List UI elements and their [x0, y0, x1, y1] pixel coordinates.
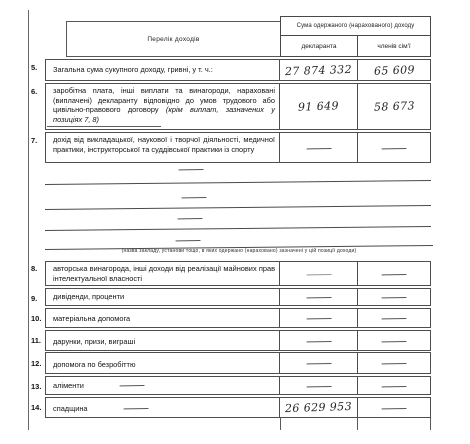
table-row-7: дохід від викладацької, наукової і творч… [45, 132, 431, 163]
row-label: заробітна плата, інші виплати та винагор… [46, 84, 280, 129]
family-value-cell: — [358, 331, 430, 350]
declarant-dash: — [304, 333, 333, 347]
header-sum-block: Сума одержаного (нарахованого) доходу де… [280, 16, 431, 57]
declarant-value: 27 874 332 [285, 62, 352, 77]
header-col-family: членів сім'ї [358, 36, 430, 56]
table-row-13: аліменти— — — [45, 376, 431, 395]
write-in-dash: — [177, 162, 206, 176]
row-label: Загальна сума сукупного доходу, гривні, … [46, 60, 280, 80]
family-value-cell: — [358, 377, 430, 394]
table-row-14: спадщина— 26 629 953 — [45, 397, 431, 418]
declarant-value: 26 629 953 [285, 400, 352, 415]
declaration-form-page: Перелік доходів Сума одержаного (нарахов… [0, 0, 470, 444]
table-row-6: заробітна плата, інші виплати та винагор… [45, 83, 431, 130]
family-dash: — [380, 333, 409, 347]
table-row-9: дивіденди, проценти — — [45, 288, 431, 306]
family-value-cell: — [358, 133, 430, 162]
declarant-dash: — [304, 266, 333, 280]
declarant-value-cell: 91 649 [280, 84, 358, 129]
row-label: авторська винагорода, інші доходи від ре… [46, 262, 280, 285]
family-dash: — [380, 356, 409, 370]
row-label-text: спадщина [53, 404, 88, 414]
page-margin-line [28, 10, 29, 430]
family-value-cell: — [358, 353, 430, 373]
declarant-value-cell: — [280, 133, 358, 162]
family-dash: — [380, 140, 409, 154]
table-row-5: Загальна сума сукупного доходу, гривні, … [45, 59, 431, 81]
declarant-value-cell: 27 874 332 [280, 60, 358, 80]
table-row-8: авторська винагорода, інші доходи від ре… [45, 261, 431, 286]
declarant-dash: — [304, 356, 333, 370]
write-in-dash: — [176, 211, 205, 225]
family-dash: — [380, 400, 409, 414]
declarant-dash: — [304, 140, 333, 154]
declarant-value-cell: — [280, 353, 358, 373]
row-label: аліменти— [46, 377, 280, 394]
declarant-value-cell: — [280, 377, 358, 394]
write-in-line [45, 226, 431, 231]
family-value-cell: — [358, 289, 430, 305]
declarant-dash: — [304, 378, 333, 392]
family-value-cell: 58 673 [358, 84, 430, 129]
row-label: дохід від викладацької, наукової і творч… [46, 133, 280, 162]
write-in-dash: — [180, 190, 209, 204]
declarant-value-cell: — [280, 331, 358, 350]
row-label: матеріальна допомога [46, 309, 280, 327]
family-value-cell: — [358, 398, 430, 417]
family-value-cell: — [358, 262, 430, 285]
write-in-line [45, 205, 431, 210]
row-label: дарунки, призи, виграші [46, 331, 280, 350]
header-sum-columns: декларанта членів сім'ї [281, 36, 430, 56]
row-label: спадщина— [46, 398, 280, 417]
table-row-12: допомога по безробіттю — — [45, 352, 431, 374]
column-line-stub [357, 418, 358, 430]
declarant-value: 91 649 [298, 99, 339, 113]
declarant-value-cell: — [280, 262, 358, 285]
family-value-cell: — [358, 309, 430, 327]
header-sum-title: Сума одержаного (нарахованого) доходу [281, 17, 430, 36]
family-dash: — [380, 266, 409, 280]
column-line-stub [280, 418, 281, 430]
row-label: допомога по безробіттю [46, 353, 280, 373]
declarant-value-cell: 26 629 953 [280, 398, 358, 417]
label-dash-mark: — [121, 404, 149, 414]
declarant-dash: — [304, 311, 333, 325]
family-dash: — [380, 290, 409, 304]
header-col-declarant: декларанта [281, 36, 358, 56]
position-7-note: (назва закладу, установи тощо, в яких од… [48, 248, 430, 254]
label-dash-mark: — [118, 381, 146, 391]
family-dash: — [380, 378, 409, 392]
declarant-value-cell: — [280, 289, 358, 305]
family-dash: — [380, 311, 409, 325]
table-row-11: дарунки, призи, виграші — — [45, 330, 431, 351]
family-value: 65 609 [373, 63, 414, 77]
header-income-list: Перелік доходів [66, 21, 281, 57]
declarant-dash: — [304, 290, 333, 304]
write-in-line [45, 180, 431, 185]
row-6-underline [47, 126, 161, 127]
column-line-stub [430, 418, 431, 430]
write-in-dash: — [174, 233, 203, 247]
row-label-text: аліменти [53, 381, 84, 391]
declarant-value-cell: — [280, 309, 358, 327]
family-value-cell: 65 609 [358, 60, 430, 80]
table-row-10: матеріальна допомога — — [45, 308, 431, 328]
row-label: дивіденди, проценти [46, 289, 280, 305]
family-value: 58 673 [373, 99, 414, 113]
